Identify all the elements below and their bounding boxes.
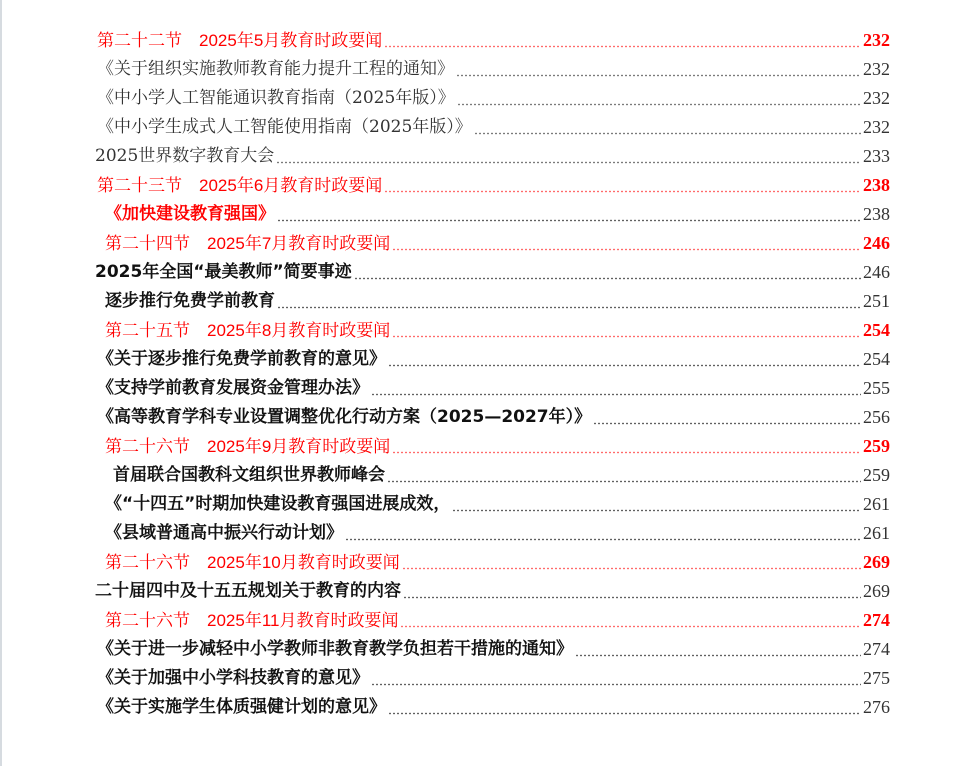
toc-entry-title: 第二十六节 2025年11月教育时政要闻 <box>105 606 398 635</box>
toc-entry-title: 《关于逐步推行免费学前教育的意见》 <box>97 345 386 374</box>
toc-page-number: 275 <box>863 664 890 693</box>
toc-page-number: 269 <box>863 577 890 606</box>
toc-page-number: 274 <box>863 606 890 635</box>
toc-page-number: 274 <box>863 635 890 664</box>
toc-page-number: 232 <box>863 26 890 55</box>
toc-entry[interactable]: 《关于实施学生体质强健计划的意见》276 <box>97 693 890 722</box>
toc-entry-title: 2025年全国“最美教师”简要事迹 <box>95 258 352 287</box>
toc-page-number: 232 <box>863 84 890 113</box>
toc-page-number: 254 <box>863 345 890 374</box>
toc-entry[interactable]: 2025世界数字教育大会233 <box>95 142 890 171</box>
toc-entry-title: 《关于组织实施教师教育能力提升工程的通知》 <box>97 55 454 84</box>
toc-entry-title: 《支持学前教育发展资金管理办法》 <box>97 374 369 403</box>
toc-entry[interactable]: 《县域普通高中振兴行动计划》261 <box>105 519 890 548</box>
dot-leader <box>400 606 861 635</box>
dot-leader <box>593 403 861 432</box>
dot-leader <box>277 287 861 316</box>
toc-page-number: 246 <box>863 229 890 258</box>
toc-entry-title: 《高等教育学科专业设置调整优化行动方案（2025—2027年）》 <box>97 403 591 432</box>
toc-page-number: 238 <box>863 200 890 229</box>
toc-entry-title: 逐步推行免费学前教育 <box>105 287 275 316</box>
dot-leader <box>392 229 861 258</box>
toc-entry-title: 第二十四节 2025年7月教育时政要闻 <box>105 229 390 258</box>
dot-leader <box>371 374 861 403</box>
dot-leader <box>388 345 861 374</box>
toc-entry-title: 《“十四五”时期加快建设教育强国进展成效， <box>105 490 450 519</box>
dot-leader <box>402 548 861 577</box>
toc-entry[interactable]: 《支持学前教育发展资金管理办法》255 <box>97 374 890 403</box>
toc-entry-title: 《中小学生成式人工智能使用指南（2025年版）》 <box>97 113 472 142</box>
dot-leader <box>456 55 861 84</box>
toc-entry-title: 《关于实施学生体质强健计划的意见》 <box>97 693 386 722</box>
toc-page-number: 232 <box>863 55 890 84</box>
toc-entry-title: 第二十三节 2025年6月教育时政要闻 <box>97 171 382 200</box>
dot-leader <box>403 577 861 606</box>
toc-page-number: 246 <box>863 258 890 287</box>
toc-entry[interactable]: 《高等教育学科专业设置调整优化行动方案（2025—2027年）》256 <box>97 403 890 432</box>
toc-page-number: 233 <box>863 142 890 171</box>
toc-entry-title: 第二十五节 2025年8月教育时政要闻 <box>105 316 390 345</box>
dot-leader <box>384 171 861 200</box>
toc-page-number: 238 <box>863 171 890 200</box>
toc-entry-title: 《关于进一步减轻中小学教师非教育教学负担若干措施的通知》 <box>97 635 573 664</box>
toc-entry-title: 《关于加强中小学科技教育的意见》 <box>97 664 369 693</box>
toc-section-heading[interactable]: 第二十六节 2025年9月教育时政要闻259 <box>105 432 890 461</box>
toc-page-number: 261 <box>863 519 890 548</box>
toc-page-number: 269 <box>863 548 890 577</box>
dot-leader <box>276 142 861 171</box>
page-left-border <box>0 0 2 766</box>
toc-entry[interactable]: 《加快建设教育强国》238 <box>105 200 890 229</box>
dot-leader <box>387 461 861 490</box>
toc-entry-title: 首届联合国教科文组织世界教师峰会 <box>113 461 385 490</box>
toc-entry[interactable]: 2025年全国“最美教师”简要事迹246 <box>95 258 890 287</box>
toc-page-number: 232 <box>863 113 890 142</box>
toc-entry-title: 二十届四中及十五五规划关于教育的内容 <box>95 577 401 606</box>
toc-page-number: 261 <box>863 490 890 519</box>
toc-section-heading[interactable]: 第二十五节 2025年8月教育时政要闻254 <box>105 316 890 345</box>
toc-entry[interactable]: 《中小学人工智能通识教育指南（2025年版）》232 <box>97 84 890 113</box>
dot-leader <box>277 200 861 229</box>
toc-entry-title: 第二十六节 2025年9月教育时政要闻 <box>105 432 390 461</box>
toc-entry[interactable]: 《关于进一步减轻中小学教师非教育教学负担若干措施的通知》274 <box>97 635 890 664</box>
toc-entry[interactable]: 《“十四五”时期加快建设教育强国进展成效，261 <box>105 490 890 519</box>
dot-leader <box>345 519 861 548</box>
toc-entry-title: 《加快建设教育强国》 <box>105 200 275 229</box>
toc-entry[interactable]: 《关于组织实施教师教育能力提升工程的通知》232 <box>97 55 890 84</box>
toc-entry-title: 第二十六节 2025年10月教育时政要闻 <box>105 548 400 577</box>
dot-leader <box>392 432 861 461</box>
toc-entry[interactable]: 逐步推行免费学前教育251 <box>105 287 890 316</box>
dot-leader <box>575 635 861 664</box>
dot-leader <box>457 84 861 113</box>
toc-entry[interactable]: 首届联合国教科文组织世界教师峰会259 <box>113 461 890 490</box>
dot-leader <box>384 26 861 55</box>
toc-page-number: 256 <box>863 403 890 432</box>
toc-entry-title: 第二十二节 2025年5月教育时政要闻 <box>97 26 382 55</box>
toc-page-number: 259 <box>863 461 890 490</box>
toc-page-number: 276 <box>863 693 890 722</box>
toc-page-number: 255 <box>863 374 890 403</box>
toc-section-heading[interactable]: 第二十三节 2025年6月教育时政要闻238 <box>97 171 890 200</box>
toc-entry[interactable]: 二十届四中及十五五规划关于教育的内容269 <box>95 577 890 606</box>
toc-section-heading[interactable]: 第二十二节 2025年5月教育时政要闻232 <box>97 26 890 55</box>
toc-section-heading[interactable]: 第二十六节 2025年10月教育时政要闻269 <box>105 548 890 577</box>
dot-leader <box>452 490 861 519</box>
toc-section-heading[interactable]: 第二十四节 2025年7月教育时政要闻246 <box>105 229 890 258</box>
toc-entry-title: 2025世界数字教育大会 <box>95 142 274 171</box>
dot-leader <box>354 258 861 287</box>
toc-entry[interactable]: 《关于逐步推行免费学前教育的意见》254 <box>97 345 890 374</box>
dot-leader <box>371 664 861 693</box>
toc-entry-title: 《中小学人工智能通识教育指南（2025年版）》 <box>97 84 455 113</box>
toc-entry[interactable]: 《中小学生成式人工智能使用指南（2025年版）》232 <box>97 113 890 142</box>
toc-entry-title: 《县域普通高中振兴行动计划》 <box>105 519 343 548</box>
dot-leader <box>474 113 861 142</box>
dot-leader <box>388 693 861 722</box>
toc-section-heading[interactable]: 第二十六节 2025年11月教育时政要闻274 <box>105 606 890 635</box>
toc-page-number: 259 <box>863 432 890 461</box>
toc-page-number: 254 <box>863 316 890 345</box>
toc-page-number: 251 <box>863 287 890 316</box>
toc-entry[interactable]: 《关于加强中小学科技教育的意见》275 <box>97 664 890 693</box>
dot-leader <box>392 316 861 345</box>
